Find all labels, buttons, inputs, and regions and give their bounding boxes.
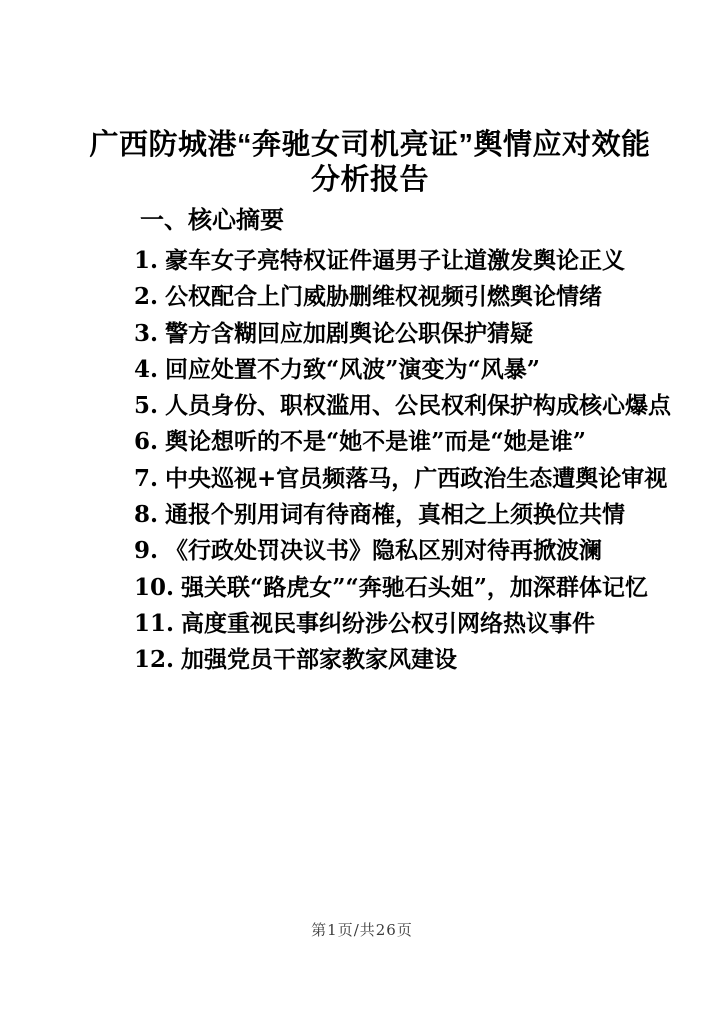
list-item-text: 《行政处罚决议书》隐私区别对待再掀波澜 [165,537,602,564]
list-item: 7.中央巡视+官员频落马，广西政治生态遭舆论审视 [134,461,694,497]
list-item-number: 5. [134,388,158,424]
list-item: 10.强关联“路虎女”“奔驰石头姐”，加深群体记忆 [134,570,694,606]
list-item: 12.加强党员干部家教家风建设 [134,642,694,678]
page-number-footer: 第1页/共26页 [0,919,724,940]
list-item-number: 11. [134,606,174,642]
document-page: 广西防城港“奔驰女司机亮证”舆情应对效能 分析报告 一、核心摘要 1.豪车女子亮… [0,0,724,1024]
list-item-text: 公权配合上门威胁删维权视频引燃舆论情绪 [165,283,602,310]
list-item-text: 豪车女子亮特权证件逼男子让道激发舆论正义 [165,247,625,274]
list-item-number: 1. [134,243,158,279]
list-item-number: 10. [134,570,174,606]
list-item-text: 舆论想听的不是“她不是谁”而是“她是谁” [165,428,586,455]
list-item-text: 高度重视民事纠纷涉公权引网络热议事件 [181,610,595,637]
summary-list: 1.豪车女子亮特权证件逼男子让道激发舆论正义 2.公权配合上门威胁删维权视频引燃… [134,243,694,679]
list-item: 5.人员身份、职权滥用、公民权利保护构成核心爆点 [134,388,694,424]
list-item: 3.警方含糊回应加剧舆论公职保护猜疑 [134,316,694,352]
list-item-number: 2. [134,279,158,315]
list-item: 2.公权配合上门威胁删维权视频引燃舆论情绪 [134,279,694,315]
list-item-number: 12. [134,642,174,678]
list-item-text: 回应处置不力致“风波”演变为“风暴” [165,356,540,383]
report-title: 广西防城港“奔驰女司机亮证”舆情应对效能 分析报告 [72,128,668,198]
report-title-line2: 分析报告 [72,163,668,198]
list-item-number: 7. [134,461,158,497]
list-item-number: 3. [134,316,158,352]
list-item-number: 9. [134,533,158,569]
list-item-text: 中央巡视+官员频落马，广西政治生态遭舆论审视 [165,465,667,492]
list-item-number: 8. [134,497,158,533]
list-item: 8.通报个别用词有待商榷，真相之上须换位共情 [134,497,694,533]
list-item: 9.《行政处罚决议书》隐私区别对待再掀波澜 [134,533,694,569]
list-item: 4.回应处置不力致“风波”演变为“风暴” [134,352,694,388]
report-title-line1: 广西防城港“奔驰女司机亮证”舆情应对效能 [72,128,668,163]
list-item: 1.豪车女子亮特权证件逼男子让道激发舆论正义 [134,243,694,279]
list-item-text: 强关联“路虎女”“奔驰石头姐”，加深群体记忆 [181,574,648,601]
list-item-text: 人员身份、职权滥用、公民权利保护构成核心爆点 [165,392,671,419]
list-item-number: 6. [134,424,158,460]
section-heading-core-summary: 一、核心摘要 [140,206,284,236]
list-item-text: 加强党员干部家教家风建设 [181,646,457,673]
list-item-number: 4. [134,352,158,388]
list-item-text: 警方含糊回应加剧舆论公职保护猜疑 [165,320,533,347]
list-item: 11.高度重视民事纠纷涉公权引网络热议事件 [134,606,694,642]
list-item-text: 通报个别用词有待商榷，真相之上须换位共情 [165,501,625,528]
list-item: 6.舆论想听的不是“她不是谁”而是“她是谁” [134,424,694,460]
